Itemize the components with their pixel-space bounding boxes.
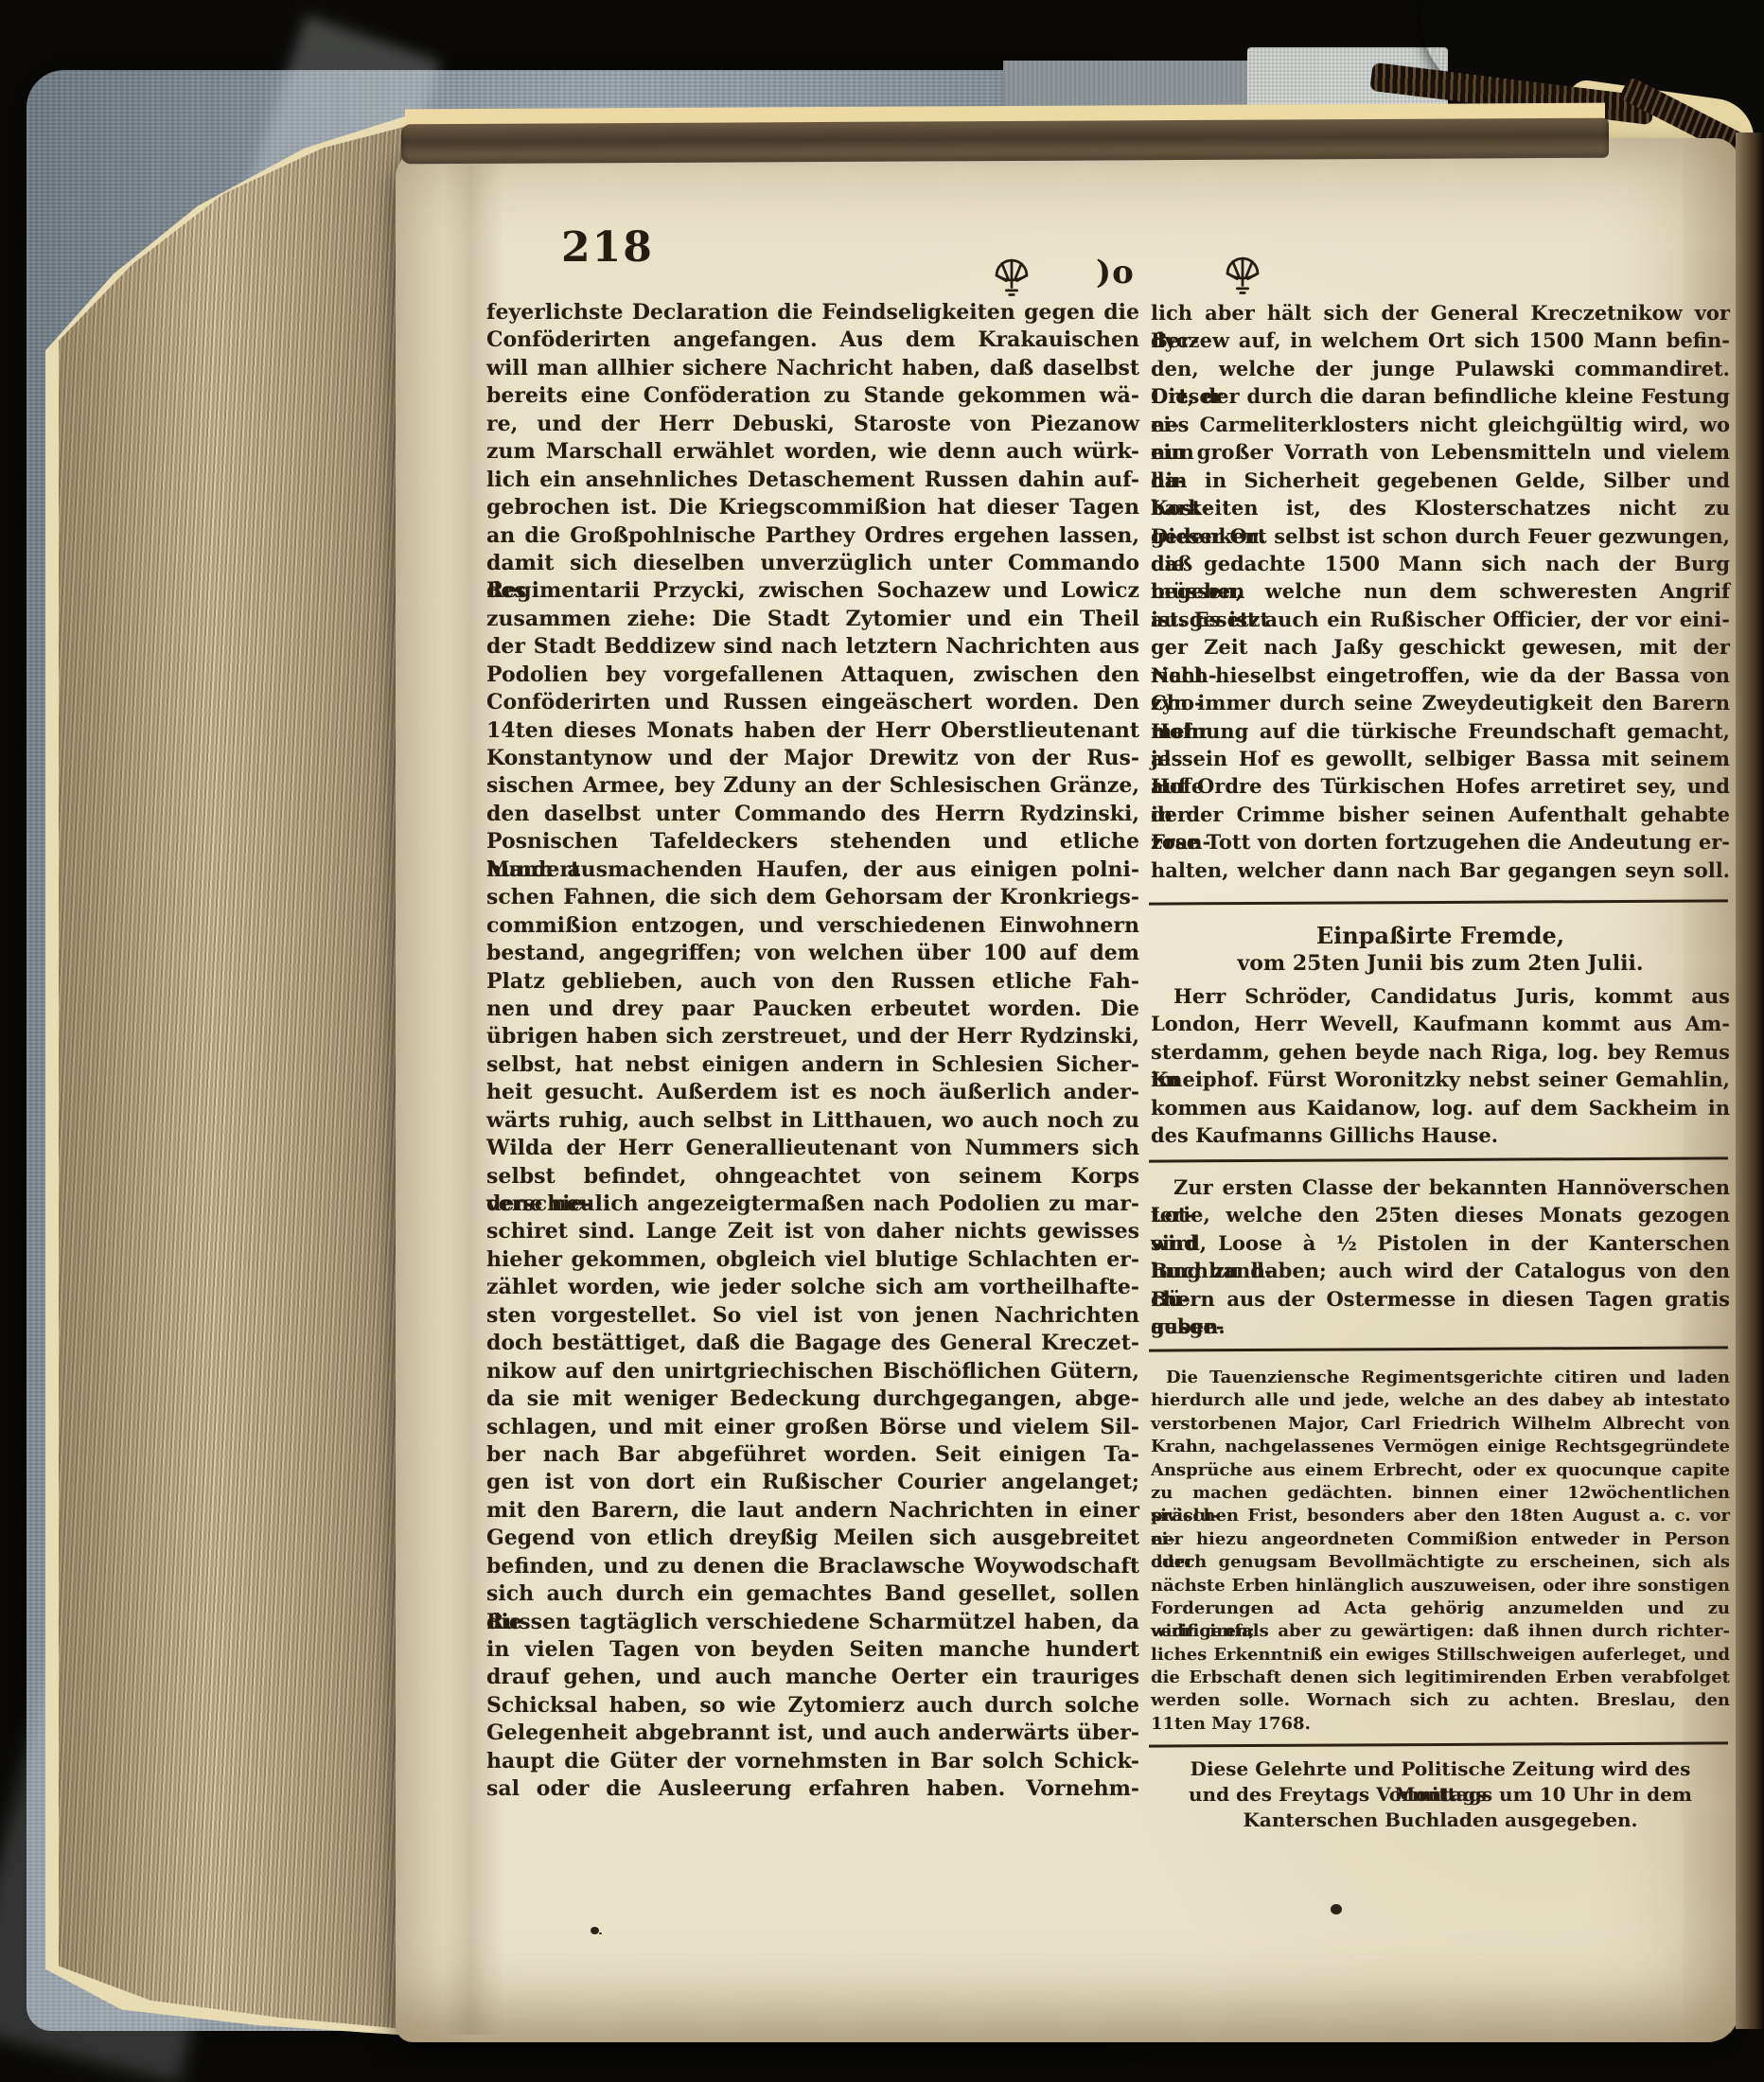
text-line: Posnischen Tafeldeckers stehenden und et… [486, 828, 1139, 856]
text-line: schiret sind. Lange Zeit ist von daher n… [486, 1218, 1139, 1245]
text-line: Russen tagtäglich verschiedene Scharmütz… [486, 1609, 1139, 1636]
text-line: ger Zeit nach Jaßy geschickt gewesen, mi… [1151, 633, 1730, 661]
text-line: richt hieselbst eingetroffen, wie da der… [1151, 662, 1730, 689]
text-line: ber nach Bar abgeführet worden. Seit ein… [486, 1441, 1139, 1469]
text-line: Wilda der Herr Generallieutenant von Num… [486, 1135, 1139, 1162]
text-line: in vielen Tagen von beyden Seiten manche… [486, 1636, 1139, 1664]
text-line: müssen, welche nun dem schweresten Angri… [1151, 577, 1730, 605]
text-line: Gegend von etlich dreyßig Meilen sich au… [486, 1525, 1139, 1552]
right-text-column-news: lich aber hält sich der General Kreczetn… [1151, 299, 1730, 884]
text-line: 11ten May 1768. [1151, 1713, 1730, 1736]
text-line: des Kaufmanns Gillichs Hause. [1151, 1121, 1730, 1149]
scanned-book-photo: 218 )o [0, 0, 1764, 2082]
text-line: sterdamm, gehen beyde nach Riga, log. be… [1151, 1038, 1730, 1066]
text-line: die Erbschaft denen sich legitimirenden … [1151, 1667, 1730, 1689]
text-line: Platz geblieben, auch von den Russen etl… [486, 968, 1139, 996]
text-line: dyczew auf, in welchem Ort sich 1500 Man… [1151, 326, 1730, 354]
shell-ornament-icon [1221, 250, 1264, 297]
text-line: zusammen ziehe: Die Stadt Zytomier und e… [486, 606, 1139, 633]
left-text-column: feyerlichste Declaration die Feindseligk… [486, 299, 1139, 1804]
text-line: an die Großpohlnische Parthey Ordres erg… [486, 522, 1139, 550]
arrivals-body: Herr Schröder, Candidatus Juris, kommt a… [1151, 982, 1730, 1150]
text-line: drauf gehen, und auch manche Oerter ein … [486, 1664, 1139, 1691]
text-line: je sein Hof es gewollt, selbiger Bassa m… [1151, 745, 1730, 772]
text-line: halten, welcher dann nach Bar gegangen s… [1151, 856, 1730, 884]
shell-ornament-icon [990, 252, 1033, 299]
text-line: Forderungen ad Acta gehörig anzumelden u… [1151, 1597, 1730, 1620]
text-line: Ansprüche aus einem Erbrecht, oder ex qu… [1151, 1459, 1730, 1482]
text-line: Diese Gelehrte und Politische Zeitung wi… [1151, 1756, 1730, 1782]
page-top-edge-dark [401, 118, 1609, 165]
text-line: damit sich dieselben unverzüglich unter … [486, 550, 1139, 577]
text-line: ein großer Vorrath von Lebensmitteln und… [1151, 438, 1730, 466]
text-line: gebrochen ist. Die Kriegscommißion hat d… [486, 494, 1139, 521]
text-line: schen Fahnen, die sich dem Gehorsam der … [486, 884, 1139, 911]
text-line: feyerlichste Declaration die Feindseligk… [486, 299, 1139, 326]
text-line: nes Carmeliterklosters nicht gleichgülti… [1151, 411, 1730, 438]
text-line: Hofnung auf die türkische Freundschaft g… [1151, 717, 1730, 745]
text-line: die gedachte 1500 Mann sich nach der Bur… [1151, 550, 1730, 577]
text-line: doch bestättiget, daß die Bagage des Gen… [486, 1330, 1139, 1357]
text-line: schlagen, und mit einer großen Börse und… [486, 1414, 1139, 1441]
text-line: Mann ausmachenden Haufen, der aus einige… [486, 856, 1139, 884]
text-line: werden solle. Wornach sich zu achten. Br… [1151, 1689, 1730, 1712]
fore-edge-shadow [1736, 132, 1764, 2029]
text-line: hieher gekommen, obgleich viel blutige S… [486, 1246, 1139, 1274]
text-line: verstorbenen Major, Carl Friedrich Wilhe… [1151, 1413, 1730, 1436]
text-line: commißion entzogen, und verschiedenen Ei… [486, 912, 1139, 940]
text-line: Krahn, nachgelassenes Vermögen einige Re… [1151, 1436, 1730, 1458]
text-line: haupt die Güter der vornehmsten in Bar s… [486, 1748, 1139, 1775]
header-separator: )o [1096, 254, 1135, 291]
text-line: sten vorgestellet. So viel ist von jenen… [486, 1302, 1139, 1330]
text-line: wärts ruhig, auch selbst in Litthauen, w… [486, 1107, 1139, 1135]
text-line: durch genugsam Bevollmächtigte zu ersche… [1151, 1551, 1730, 1574]
text-line: selbst, hat nebst einigen andern in Schl… [486, 1051, 1139, 1079]
text-line: der Stadt Beddizew sind nach letztern Na… [486, 633, 1139, 661]
text-line: bestand, angegriffen; von welchen über 1… [486, 940, 1139, 967]
text-line: liches Erkenntniß ein ewiges Stillschwei… [1151, 1644, 1730, 1667]
arrivals-date-range: vom 25ten Junii bis zum 2ten Julii. [1151, 951, 1730, 976]
text-line: zu machen gedächten. binnen einer 12wöch… [1151, 1482, 1730, 1505]
text-line: mit den Barern, die laut andern Nachrich… [486, 1497, 1139, 1525]
imprint-notice: Diese Gelehrte und Politische Zeitung wi… [1151, 1756, 1730, 1833]
text-line: lich aber hält sich der General Kreczetn… [1151, 299, 1730, 326]
text-line: Ort, der durch die daran befindliche kle… [1151, 382, 1730, 410]
text-line: ner hiezu angeordneten Commißion entwede… [1151, 1528, 1730, 1551]
text-line: selbst befindet, ohngeachtet von seinem … [486, 1163, 1139, 1191]
text-line: befinden, und zu denen die Braclawsche W… [486, 1553, 1139, 1580]
text-line: Die Tauenziensche Regimentsgerichte citi… [1151, 1367, 1730, 1389]
text-line: geben. [1151, 1313, 1730, 1340]
page-number: 218 [561, 223, 654, 272]
text-line: sal oder die Ausleerung erfahren haben. … [486, 1775, 1139, 1803]
text-line: kommen aus Kaidanow, log. auf dem Sackhe… [1151, 1094, 1730, 1121]
text-line: Zur ersten Classe der bekannten Hannöver… [1151, 1173, 1730, 1201]
text-line: Kanterschen Buchladen ausgegeben. [1151, 1808, 1730, 1833]
text-line: terie, welche den 25ten dieses Monats ge… [1151, 1201, 1730, 1228]
text-line: zose Tott von dorten fortzugehen die And… [1151, 828, 1730, 856]
text-line: sischen Armee, bey Zduny an der Schlesis… [486, 772, 1139, 800]
text-line: ist. Es ist auch ein Rußischer Officier,… [1151, 606, 1730, 633]
arrivals-section-title: Einpaßirte Fremde, [1151, 922, 1730, 949]
text-line: sind Loose à ½ Pistolen in der Kantersch… [1151, 1229, 1730, 1257]
text-line: nen und drey paar Paucken erbeutet worde… [486, 996, 1139, 1023]
text-line: in der Crimme bisher seinen Aufenthalt g… [1151, 801, 1730, 828]
text-line: barkeiten ist, des Klosterschatzes nicht… [1151, 494, 1730, 521]
text-line: 14ten dieses Monats haben der Herr Obers… [486, 717, 1139, 745]
text-line: und des Freytags Vormittags um 10 Uhr in… [1151, 1782, 1730, 1808]
text-line: dene neulich angezeigtermaßen nach Podol… [486, 1191, 1139, 1218]
text-line: zyn immer durch seine Zweydeutigkeit den… [1151, 689, 1730, 716]
text-line: Kneiphof. Fürst Woronitzky nebst seiner … [1151, 1066, 1730, 1093]
text-line: Herr Schröder, Candidatus Juris, kommt a… [1151, 982, 1730, 1010]
page-stack-edges [59, 121, 426, 2031]
text-line: Konstantynow und der Major Drewitz von d… [486, 745, 1139, 772]
text-line: Conföderirten und Russen eingeäschert wo… [486, 689, 1139, 716]
text-line: sich auch durch ein gemachtes Band gesel… [486, 1580, 1139, 1608]
text-line: zum Marschall erwählet worden, wie denn … [486, 438, 1139, 466]
text-line: hierdurch alle und jede, welche an des d… [1151, 1389, 1730, 1412]
ink-speck [591, 1927, 599, 1934]
text-line: hin in Sicherheit gegebenen Gelde, Silbe… [1151, 467, 1730, 494]
text-line: Regimentarii Przycki, zwischen Sochazew … [486, 577, 1139, 605]
text-line: sivischen Frist, besonders aber den 18te… [1151, 1505, 1730, 1527]
text-line: lich ein ansehnliches Detaschement Russe… [486, 467, 1139, 494]
text-line: heit gesucht. Außerdem ist es noch äußer… [486, 1079, 1139, 1106]
text-line: re, und der Herr Debuski, Staroste von P… [486, 411, 1139, 438]
text-line: Schicksal haben, so wie Zytomierz auch d… [486, 1692, 1139, 1720]
text-line: Dieser Ort selbst ist schon durch Feuer … [1151, 522, 1730, 550]
text-line: den, welche der junge Pulawski commandir… [1151, 355, 1730, 382]
legal-notice: Die Tauenziensche Regimentsgerichte citi… [1151, 1367, 1730, 1736]
text-line: bereits eine Conföderation zu Stande gek… [486, 382, 1139, 410]
text-line: übrigen haben sich zerstreuet, und der H… [486, 1023, 1139, 1050]
text-line: nächste Erben hinlänglich auszuweisen, o… [1151, 1575, 1730, 1597]
text-line: da sie mit weniger Bedeckung durchgegang… [486, 1385, 1139, 1413]
text-line: lung zu haben; auch wird der Catalogus v… [1151, 1257, 1730, 1284]
text-line: nikow auf den unirtgriechischen Bischöfl… [486, 1358, 1139, 1385]
text-line: will man allhier sichere Nachricht haben… [486, 355, 1139, 382]
text-line: Gelegenheit abgebrannt ist, und auch and… [486, 1720, 1139, 1747]
text-line: gen ist von dort ein Rußischer Courier a… [486, 1469, 1139, 1496]
lottery-notice: Zur ersten Classe der bekannten Hannöver… [1151, 1173, 1730, 1341]
text-line: widrigenfals aber zu gewärtigen: daß ihn… [1151, 1620, 1730, 1643]
text-line: zählet worden, wie jeder solche sich am … [486, 1274, 1139, 1301]
text-line: den daselbst unter Commando des Herrn Ry… [486, 801, 1139, 828]
text-line: Conföderirten angefangen. Aus dem Krakau… [486, 326, 1139, 354]
text-line: chern aus der Ostermesse in diesen Tagen… [1151, 1285, 1730, 1313]
text-line: Podolien bey vorgefallenen Attaquen, zwi… [486, 662, 1139, 689]
ink-speck [1331, 1904, 1342, 1914]
text-line: London, Herr Wevell, Kaufmann kommt aus … [1151, 1010, 1730, 1037]
text-line: auf Ordre des Türkischen Hofes arretiret… [1151, 772, 1730, 800]
